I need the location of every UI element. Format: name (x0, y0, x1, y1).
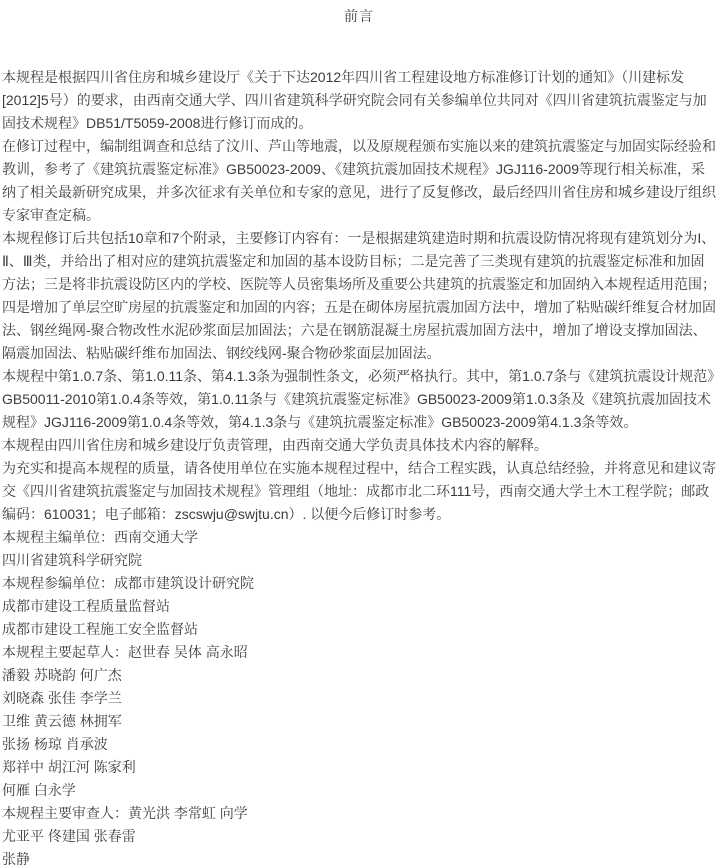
paragraph-19: 本规程主要审查人：黄光洪 李常虹 向学 (2, 802, 716, 825)
paragraph-1: 本规程是根据四川省住房和城乡建设厅《关于下达2012年四川省工程建设地方标准修订… (2, 66, 716, 135)
paragraph-16: 张扬 杨琼 肖承波 (2, 733, 716, 756)
document-body: 本规程是根据四川省住房和城乡建设厅《关于下达2012年四川省工程建设地方标准修订… (2, 66, 716, 867)
paragraph-15: 卫维 黄云德 林拥军 (2, 710, 716, 733)
paragraph-17: 郑祥中 胡江河 陈家利 (2, 756, 716, 779)
paragraph-6: 为充实和提高本规程的质量，请各使用单位在实施本规程过程中，结合工程实践，认真总结… (2, 457, 716, 526)
paragraph-14: 刘晓森 张佳 李学兰 (2, 687, 716, 710)
paragraph-5: 本规程由四川省住房和城乡建设厅负责管理，由西南交通大学负责具体技术内容的解释。 (2, 434, 716, 457)
paragraph-13: 潘毅 苏晓韵 何广杰 (2, 664, 716, 687)
paragraph-8: 四川省建筑科学研究院 (2, 549, 716, 572)
paragraph-10: 成都市建设工程质量监督站 (2, 595, 716, 618)
paragraph-3: 本规程修订后共包括10章和7个附录，主要修订内容有：一是根据建筑建造时期和抗震设… (2, 227, 716, 365)
paragraph-11: 成都市建设工程施工安全监督站 (2, 618, 716, 641)
page-title: 前言 (2, 5, 716, 28)
paragraph-7: 本规程主编单位：西南交通大学 (2, 526, 716, 549)
paragraph-18: 何雁 白永学 (2, 779, 716, 802)
paragraph-21: 张静 (2, 848, 716, 867)
paragraph-2: 在修订过程中，编制组调查和总结了汶川、芦山等地震，以及原规程颁布实施以来的建筑抗… (2, 135, 716, 227)
paragraph-20: 尤亚平 佟建国 张春雷 (2, 825, 716, 848)
paragraph-9: 本规程参编单位：成都市建筑设计研究院 (2, 572, 716, 595)
paragraph-4: 本规程中第1.0.7条、第1.0.11条、第4.1.3条为强制性条文，必须严格执… (2, 365, 716, 434)
document-page: 前言 本规程是根据四川省住房和城乡建设厅《关于下达2012年四川省工程建设地方标… (0, 0, 718, 867)
paragraph-12: 本规程主要起草人：赵世春 吴体 高永昭 (2, 641, 716, 664)
